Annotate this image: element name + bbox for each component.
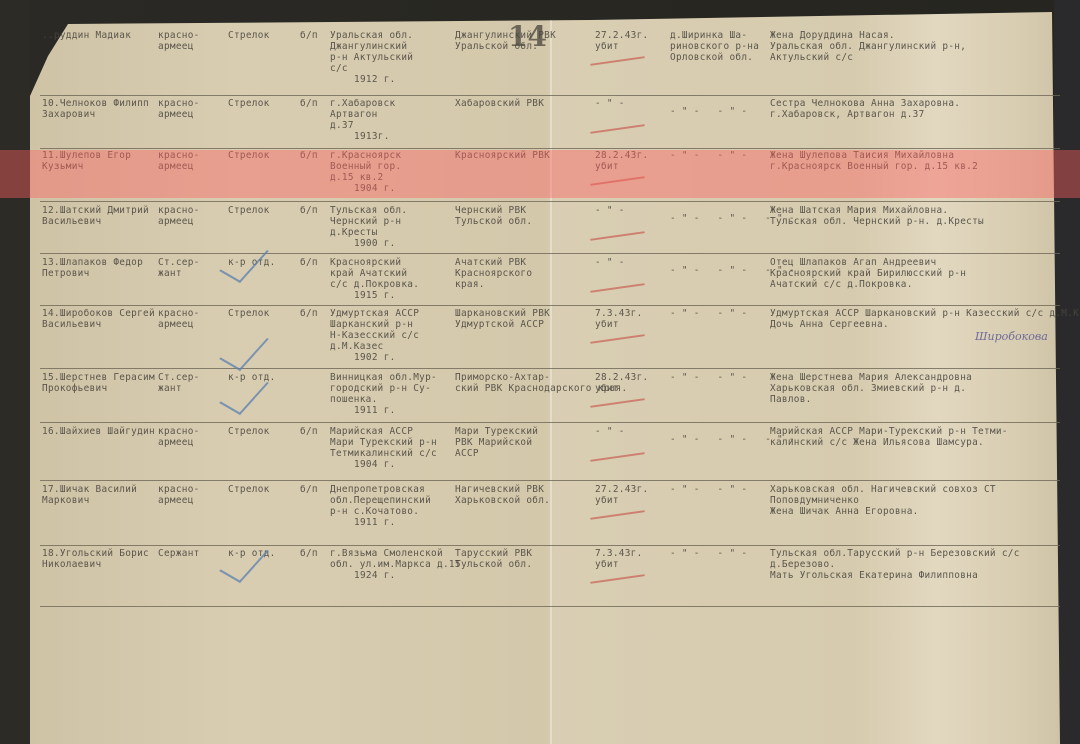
row-divider: [40, 545, 1060, 546]
table-row: 18.Угольский Борис НиколаевичСержантк-р …: [30, 548, 1060, 598]
red-pencil-mark: [590, 574, 645, 584]
position: Стрелок: [228, 98, 270, 109]
draft-office: Красноярский РВК: [455, 150, 575, 161]
position: Стрелок: [228, 205, 270, 216]
next-of-kin: Сестра Челнокова Анна Захаровна. г.Хабар…: [770, 98, 1050, 120]
date-of-death: - " -: [595, 426, 625, 437]
birth-year: 1904 г.: [330, 183, 470, 194]
party-status: б/п: [300, 426, 318, 437]
draft-office: Мари Турекский РВК Марийской АССР: [455, 426, 575, 459]
row-divider: [40, 422, 1060, 423]
party-status: б/п: [300, 548, 318, 559]
red-pencil-mark: [590, 124, 645, 134]
red-pencil-mark: [590, 452, 645, 462]
date-of-death: 28.2.43г. убит: [595, 372, 649, 394]
birth-year: 1900 г.: [330, 238, 470, 249]
next-of-kin: Жена Шерстнева Мария Александровна Харьк…: [770, 372, 1050, 405]
table-row: 15.Шерстнев Герасим ПрокофьевичСт.сер- ж…: [30, 372, 1060, 422]
red-pencil-mark: [590, 231, 645, 241]
party-status: б/п: [300, 484, 318, 495]
table-row: 17.Шичак Василий Марковичкрасно- армеецС…: [30, 484, 1060, 534]
burial-place: д.Ширинка Ша- риновского р-на Орловской …: [670, 30, 759, 63]
table-row: 11.Шулепов Егор Кузьмичкрасно- армеецСтр…: [30, 150, 1060, 200]
red-pencil-mark: [590, 283, 645, 293]
birth-year: 1915 г.: [330, 290, 470, 301]
birthplace: Красноярский край Ачатский с/с д.Покровк…: [330, 257, 470, 301]
birth-year: 1924 г.: [330, 570, 470, 581]
party-status: б/п: [300, 257, 318, 268]
handwritten-note: Широбокова: [975, 330, 1048, 343]
party-status: б/п: [300, 98, 318, 109]
birth-year: 1912 г.: [330, 74, 470, 85]
birthplace: Тульская обл. Чернский р-н д.Кресты1900 …: [330, 205, 470, 249]
date-of-death: - " -: [595, 205, 625, 216]
burial-place: - " - - " -: [670, 548, 747, 559]
birth-year: 1913г.: [330, 131, 470, 142]
table-row: 10.Челноков Филипп Захаровичкрасно- арме…: [30, 98, 1060, 148]
draft-office: Приморско-Ахтар- ский РВК Краснодарского…: [455, 372, 575, 394]
burial-place: - " - - " -: [670, 484, 747, 495]
burial-place: - " - - " -: [670, 106, 747, 117]
birth-year: 1902 г.: [330, 352, 470, 363]
row-divider: [40, 368, 1060, 369]
draft-office: Джангулинский РВК Уральской обл.: [455, 30, 575, 52]
burial-place: - " - - " -: [670, 308, 747, 319]
table-row: 12.Шатский Дмитрий Васильевичкрасно- арм…: [30, 205, 1060, 255]
next-of-kin: Жена Шатская Мария Михайловна. Тульская …: [770, 205, 1050, 227]
burial-place: - " - - " -: [670, 150, 747, 161]
date-of-death: - " -: [595, 98, 625, 109]
row-divider: [40, 201, 1060, 202]
draft-office: Ачатский РВК Красноярского края.: [455, 257, 575, 290]
position: Стрелок: [228, 484, 270, 495]
row-divider: [40, 606, 1060, 607]
birthplace: Марийская АССР Мари Турекский р-н Тетмик…: [330, 426, 470, 470]
red-pencil-mark: [590, 334, 645, 344]
draft-office: Чернский РВК Тульской обл.: [455, 205, 575, 227]
red-pencil-mark: [590, 510, 645, 520]
date-of-death: 28.2.43г. убит: [595, 150, 649, 172]
next-of-kin: Удмуртская АССР Шаркановский р-н Казесск…: [770, 308, 1050, 330]
date-of-death: 27.2.43г. убит: [595, 30, 649, 52]
next-of-kin: Харьковская обл. Нагичевский совхоз СТ П…: [770, 484, 1050, 517]
party-status: б/п: [300, 150, 318, 161]
position: Стрелок: [228, 150, 270, 161]
birth-year: 1904 г.: [330, 459, 470, 470]
red-pencil-mark: [590, 398, 645, 408]
red-pencil-mark: [590, 176, 645, 186]
birth-year: 1911 г.: [330, 517, 470, 528]
birthplace: Удмуртская АССР Шарканский р-н Н-Казесск…: [330, 308, 470, 363]
row-divider: [40, 480, 1060, 481]
position: Стрелок: [228, 30, 270, 41]
scan-left-border: [0, 0, 30, 744]
birthplace: Винницкая обл.Мур- городский р-н Су- пош…: [330, 372, 470, 416]
burial-place: - " - - " -: [670, 372, 747, 383]
draft-office: Тарусский РВК Тульской обл.: [455, 548, 575, 570]
next-of-kin: Марийская АССР Мари-Турекский р-н Тетми-…: [770, 426, 1050, 448]
table-row: 16.Шайхиев Шайгудинкрасно- армеецСтрелок…: [30, 426, 1060, 476]
draft-office: Нагичевский РВК Харьковской обл.: [455, 484, 575, 506]
next-of-kin: Тульская обл.Тарусский р-н Березовский с…: [770, 548, 1050, 581]
birthplace: г.Вязьма Смоленской обл. ул.им.Маркса д.…: [330, 548, 470, 581]
date-of-death: 7.3.43г. убит: [595, 308, 643, 330]
position: Стрелок: [228, 308, 270, 319]
row-divider: [40, 95, 1060, 96]
birthplace: Уральская обл. Джангулинский р-н Актульс…: [330, 30, 470, 85]
position: Стрелок: [228, 426, 270, 437]
birthplace: Днепропетровская обл.Перещепинский р-н с…: [330, 484, 470, 528]
table-row: ..руддин Мадиаккрасно- армеецСтрелокб/пУ…: [30, 30, 1060, 80]
table-row: 14.Широбоков Сергей Васильевичкрасно- ар…: [30, 308, 1060, 358]
birthplace: г.Красноярск Военный гор. д.15 кв.21904 …: [330, 150, 470, 194]
party-status: б/п: [300, 205, 318, 216]
draft-office: Хабаровский РВК: [455, 98, 575, 109]
birthplace: г.Хабаровск Артвагон д.371913г.: [330, 98, 470, 142]
birth-year: 1911 г.: [330, 405, 470, 416]
date-of-death: 7.3.43г. убит: [595, 548, 643, 570]
date-of-death: 27.2.43г. убит: [595, 484, 649, 506]
row-divider: [40, 148, 1060, 149]
party-status: б/п: [300, 30, 318, 41]
date-of-death: - " -: [595, 257, 625, 268]
party-status: б/п: [300, 308, 318, 319]
table-row: 13.Шлапаков Федор ПетровичСт.сер- жантк-…: [30, 257, 1060, 307]
red-pencil-mark: [590, 56, 645, 66]
next-of-kin: Отец Шлапаков Агап Андреевич Красноярски…: [770, 257, 1050, 290]
next-of-kin: Жена Шулепова Таисия Михайловна г.Красно…: [770, 150, 1050, 172]
draft-office: Шаркановский РВК Удмуртской АССР: [455, 308, 575, 330]
next-of-kin: Жена Доруддина Насая. Уральская обл. Джа…: [770, 30, 1050, 63]
